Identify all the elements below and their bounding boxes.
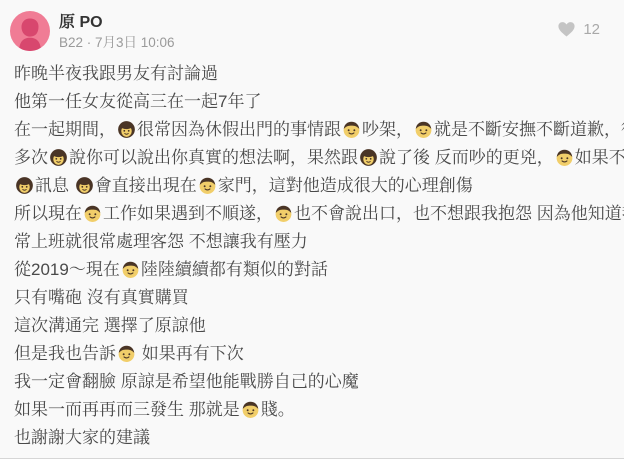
post-line: 從2019～現在陸陸續續都有類似的對話 [14,256,610,284]
post-line: 他第一任女友從高三在一起7年了 [14,88,610,116]
post-line: 昨晚半夜我跟男友有討論過 [14,60,610,88]
post-line: 訊息 會直接出現在家門，這對他造成很大的心理創傷 [14,172,610,200]
post-line: 但是我也告訴 如果再有下次 [14,340,610,368]
text-segment: 多次 [14,148,48,167]
boy-face-emoji [121,260,140,279]
text-segment: 這次溝通完 選擇了原諒他 [14,316,206,335]
text-segment: 說你可以說出你真實的想法啊，果然跟 [69,148,358,167]
post-line: 常上班就很常處理客怨 不想讓我有壓力 [14,228,610,256]
boy-face-emoji [555,148,574,167]
boy-face-emoji [198,176,217,195]
text-segment: 說了後 反而吵的更兇， [379,148,554,167]
heart-icon[interactable] [557,20,576,39]
text-segment: 也謝謝大家的建議 [14,428,150,447]
text-segment: 如果一而再再而三發生 那就是 [14,400,240,419]
text-segment: 吵架， [362,120,413,139]
girl-face-emoji [15,176,34,195]
female-avatar-icon [10,11,50,51]
post-card: 原 PO B22 · 7月3日 10:06 12 昨晚半夜我跟男友有討論過他第一… [0,0,624,459]
text-segment: 訊息 [35,176,74,195]
post-line: 在一起期間，很常因為休假出門的事情跟吵架，就是不斷安撫不斷道歉，很 [14,116,610,144]
text-segment: 家門，這對他造成很大的心理創傷 [218,176,473,195]
text-segment: 他第一任女友從高三在一起7年了 [14,92,261,111]
text-segment: 很常因為休假出門的事情跟 [137,120,341,139]
post-header: 原 PO B22 · 7月3日 10:06 12 [0,0,624,52]
post-line: 只有嘴砲 沒有真實購買 [14,284,610,312]
boy-face-emoji [414,120,433,139]
text-segment: 但是我也告訴 [14,344,116,363]
text-segment: 如果再有下次 [137,344,244,363]
text-segment: 就是不斷安撫不斷道歉，很 [434,120,624,139]
post-line: 多次說你可以說出你真實的想法啊，果然跟說了後 反而吵的更兇，如果不回 [14,144,610,172]
text-segment: 如果不回 [575,148,624,167]
boy-face-emoji [83,204,102,223]
text-segment: 常上班就很常處理客怨 不想讓我有壓力 [14,232,308,251]
boy-face-emoji [342,120,361,139]
author-name: 原 PO [59,12,175,33]
text-segment: 陸陸續續都有類似的對話 [141,260,328,279]
girl-face-emoji [117,120,136,139]
text-segment: 從2019～現在 [14,260,120,279]
post-line: 我一定會翻臉 原諒是希望他能戰勝自己的心魔 [14,368,610,396]
text-segment: 昨晚半夜我跟男友有討論過 [14,64,218,83]
like-area: 12 [557,11,608,39]
girl-face-emoji [75,176,94,195]
post-line: 所以現在工作如果遇到不順遂，也不會說出口，也不想跟我抱怨 因為他知道我平 [14,200,610,228]
boy-face-emoji [274,204,293,223]
girl-face-emoji [49,148,68,167]
post-line: 也謝謝大家的建議 [14,424,610,452]
text-segment: 工作如果遇到不順遂， [103,204,273,223]
text-segment: 在一起期間， [14,120,116,139]
like-count: 12 [583,21,600,38]
post-line: 這次溝通完 選擇了原諒他 [14,312,610,340]
text-segment: 我一定會翻臉 原諒是希望他能戰勝自己的心魔 [14,372,359,391]
text-segment: 會直接出現在 [95,176,197,195]
boy-face-emoji [117,344,136,363]
text-segment: 所以現在 [14,204,82,223]
header-meta-block: 原 PO B22 · 7月3日 10:06 [59,11,175,52]
girl-face-emoji [359,148,378,167]
text-segment: 只有嘴砲 沒有真實購買 [14,288,189,307]
text-segment: 也不會說出口，也不想跟我抱怨 因為他知道我平 [294,204,624,223]
post-timestamp: B22 · 7月3日 10:06 [59,34,175,52]
text-segment: 賤。 [261,400,295,419]
post-body: 昨晚半夜我跟男友有討論過他第一任女友從高三在一起7年了在一起期間，很常因為休假出… [0,52,624,452]
post-line: 如果一而再再而三發生 那就是賤。 [14,396,610,424]
boy-face-emoji [241,400,260,419]
